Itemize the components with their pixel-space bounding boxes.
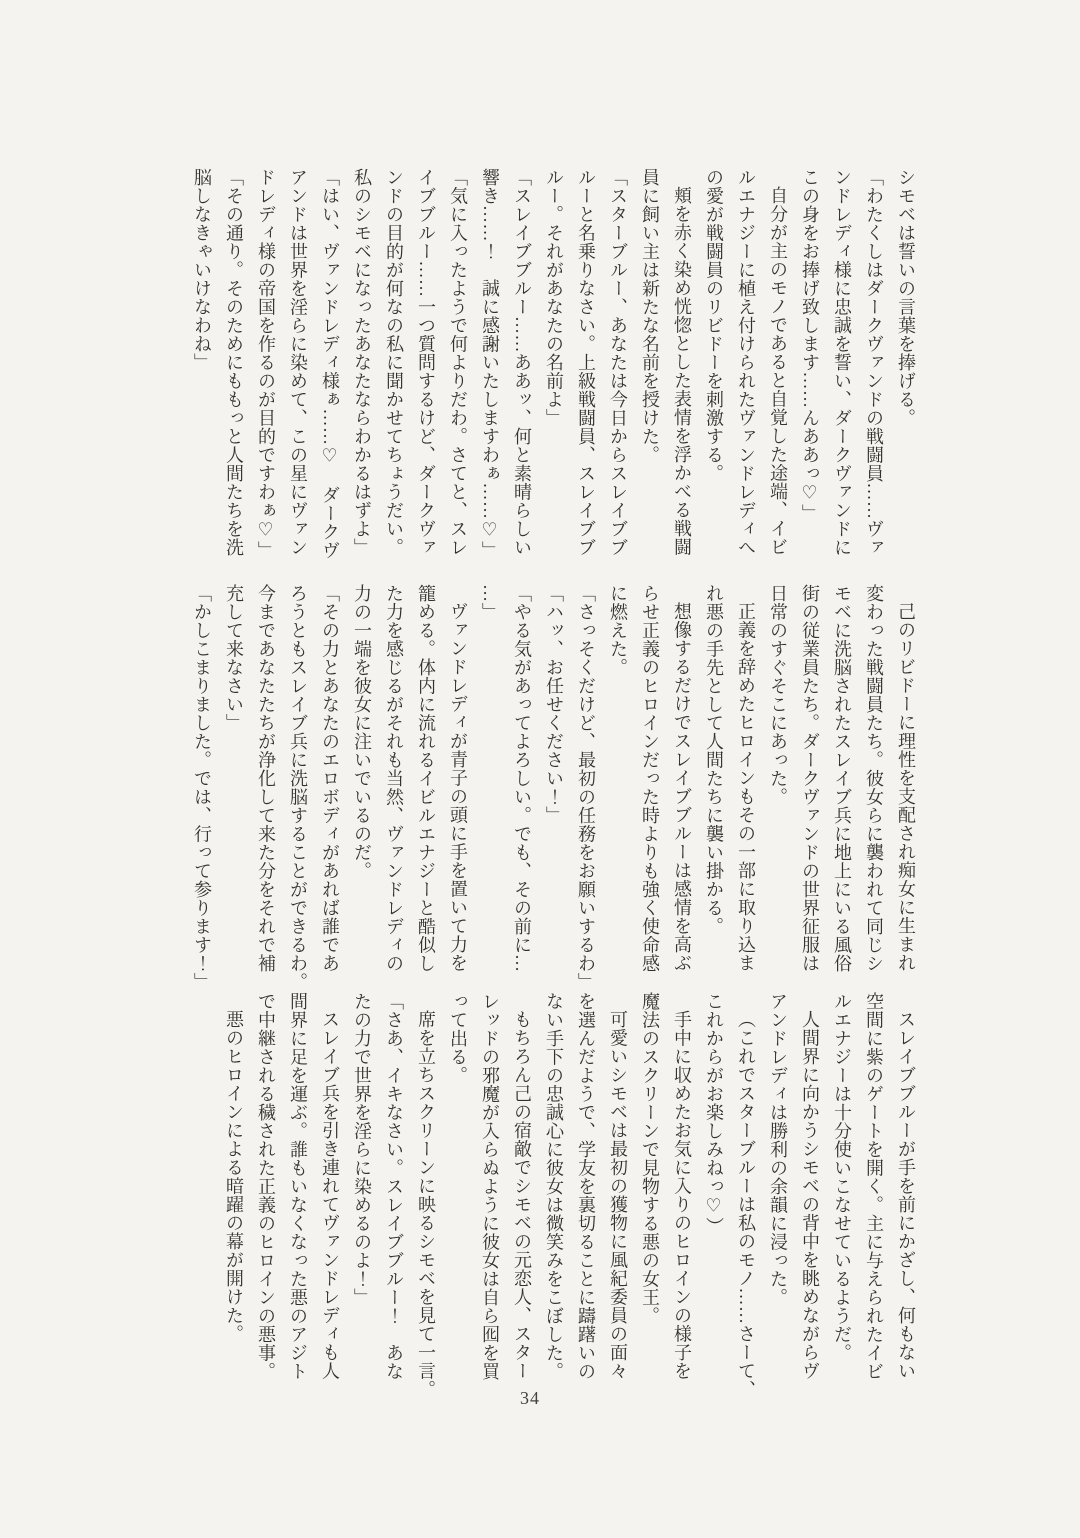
vertical-text-line: 間界に足を運ぶ。誰もいなくなった悪のアジト (282, 992, 314, 1394)
vertical-text-line: 「かしこまりました。では、行って参ります！」 (186, 584, 218, 986)
vertical-text-line: 席を立ちスクリーンに映るシモベを見て一言。 (410, 992, 442, 1394)
novel-page: シモベは誓いの言葉を捧げる。「わたくしはダークヴァンドの戦闘員……ヴァンドレディ… (0, 0, 1080, 1538)
vertical-text-line: 員に飼い主は新たな名前を授けた。 (634, 168, 666, 570)
vertical-text-line: モベに洗脳されたスレイブ兵に地上にいる風俗 (826, 584, 858, 986)
vertical-text-line: 「気に入ったようで何よりだわ。さてと、スレ (442, 168, 474, 570)
vertical-text-line: もちろん己の宿敵でシモベの元恋人、スター (506, 992, 538, 1394)
vertical-text-line: を選んだようで、学友を裏切ることに躊躇いの (570, 992, 602, 1394)
vertical-text-line: ルー。それがあなたの名前よ」 (538, 168, 570, 570)
vertical-text-line: 「はい、ヴァンドレディ様ぁ……♡ ダークヴ (314, 168, 346, 570)
vertical-text-line: 日常のすぐそこにあった。 (762, 584, 794, 986)
vertical-text-line: らせ正義のヒロインだった時よりも強く使命感 (634, 584, 666, 986)
vertical-text-line: 脳しなきゃいけなわね」 (186, 168, 218, 570)
vertical-text-line: 己のリビドーに理性を支配され痴女に生まれ (890, 584, 922, 986)
vertical-text-line: って出る。 (442, 992, 474, 1394)
vertical-text-line: の愛が戦闘員のリビドーを刺激する。 (698, 168, 730, 570)
vertical-text-line: 「その力とあなたのエロボディがあれば誰であ (314, 584, 346, 986)
vertical-text-line: 「わたくしはダークヴァンドの戦闘員……ヴァ (858, 168, 890, 570)
vertical-text-line: アンドは世界を淫らに染めて、この星にヴァン (282, 168, 314, 570)
vertical-text-line: 空間に紫のゲートを開く。主に与えられたイビ (858, 992, 890, 1394)
text-block-top: シモベは誓いの言葉を捧げる。「わたくしはダークヴァンドの戦闘員……ヴァンドレディ… (186, 168, 922, 570)
vertical-text-line: ドレディ様の帝国を作るのが目的ですわぁ♡」 (250, 168, 282, 570)
vertical-text-line: ンドレディ様に忠誠を誓い、ダークヴァンドに (826, 168, 858, 570)
vertical-text-line: で中継される穢された正義のヒロインの悪事。 (250, 992, 282, 1394)
vertical-text-line: （これでスターブルーは私のモノ……さーて、 (730, 992, 762, 1394)
vertical-text-line: 人間界に向かうシモベの背中を眺めながらヴ (794, 992, 826, 1394)
vertical-text-line: ろうともスレイブ兵に洗脳することができるわ。 (282, 584, 314, 986)
vertical-text-line: ない手下の忠誠心に彼女は微笑みをこぼした。 (538, 992, 570, 1394)
vertical-text-line: この身をお捧げ致します……んああっ♡」 (794, 168, 826, 570)
vertical-text-line: 「ハッ、お任せください！」 (538, 584, 570, 986)
vertical-text-line: た力を感じるがそれも当然、ヴァンドレディの (378, 584, 410, 986)
vertical-text-line: 「さっそくだけど、最初の任務をお願いするわ」 (570, 584, 602, 986)
vertical-text-line: 想像するだけでスレイブブルーは感情を高ぶ (666, 584, 698, 986)
vertical-text-line: 魔法のスクリーンで見物する悪の女王。 (634, 992, 666, 1394)
vertical-text-line: スレイブブルーが手を前にかざし、何もない (890, 992, 922, 1394)
vertical-text-line: ルエナジーに植え付けられたヴァンドレディへ (730, 168, 762, 570)
vertical-text-line: 悪のヒロインによる暗躍の幕が開けた。 (218, 992, 250, 1394)
vertical-text-line: 頬を赤く染め恍惚とした表情を浮かべる戦闘 (666, 168, 698, 570)
vertical-text-line: 「スターブルー、あなたは今日からスレイブブ (602, 168, 634, 570)
vertical-text-line: ルエナジーは十分使いこなせているようだ。 (826, 992, 858, 1394)
vertical-text-line: 「スレイブブルー……ああッ、何と素晴らしい (506, 168, 538, 570)
vertical-text-line: 力の一端を彼女に注いでいるのだ。 (346, 584, 378, 986)
vertical-text-line: 変わった戦闘員たち。彼女らに襲われて同じシ (858, 584, 890, 986)
vertical-text-line: …」 (474, 584, 506, 986)
vertical-text-line: シモベは誓いの言葉を捧げる。 (890, 168, 922, 570)
vertical-text-line: 可愛いシモベは最初の獲物に風紀委員の面々 (602, 992, 634, 1394)
vertical-text-line: 「さあ、イキなさい。スレイブブルー！ あな (378, 992, 410, 1394)
vertical-text-line: イブブルー……一つ質問するけど、ダークヴァ (410, 168, 442, 570)
vertical-text-line: れ悪の手先として人間たちに襲い掛かる。 (698, 584, 730, 986)
vertical-text-line: 私のシモベになったあなたならわかるはずよ」 (346, 168, 378, 570)
vertical-text-line: ヴァンドレディが青子の頭に手を置いて力を (442, 584, 474, 986)
vertical-text-line: 手中に収めたお気に入りのヒロインの様子を (666, 992, 698, 1394)
vertical-text-line: 充して来なさい」 (218, 584, 250, 986)
vertical-text-line: ンドの目的が何なの私に聞かせてちょうだい。 (378, 168, 410, 570)
vertical-text-line: スレイブ兵を引き連れてヴァンドレディも人 (314, 992, 346, 1394)
vertical-text-line: に燃えた。 (602, 584, 634, 986)
text-block-middle: 己のリビドーに理性を支配され痴女に生まれ変わった戦闘員たち。彼女らに襲われて同じ… (186, 584, 922, 986)
vertical-text-line: 今まであなたたちが浄化して来た分をそれで補 (250, 584, 282, 986)
page-number: 34 (0, 1388, 1060, 1409)
vertical-text-line: たの力で世界を淫らに染めるのよ！」 (346, 992, 378, 1394)
vertical-text-line: 自分が主のモノであると自覚した途端、イビ (762, 168, 794, 570)
vertical-text-line: 籠める。体内に流れるイビルエナジーと酷似し (410, 584, 442, 986)
vertical-text-line: これからがお楽しみねっ♡） (698, 992, 730, 1394)
vertical-text-line: レッドの邪魔が入らぬように彼女は自ら囮を買 (474, 992, 506, 1394)
vertical-text-line: 街の従業員たち。ダークヴァンドの世界征服は (794, 584, 826, 986)
vertical-text-line: ルーと名乗りなさい。上級戦闘員、スレイブブ (570, 168, 602, 570)
vertical-text-line: 「その通り。そのためにももっと人間たちを洗 (218, 168, 250, 570)
vertical-text-line: 「やる気があってよろしい。でも、その前に… (506, 584, 538, 986)
vertical-text-line: アンドレディは勝利の余韻に浸った。 (762, 992, 794, 1394)
vertical-text-line: 響き……！ 誠に感謝いたしますわぁ……♡」 (474, 168, 506, 570)
vertical-text-line: 正義を辞めたヒロインもその一部に取り込ま (730, 584, 762, 986)
text-block-bottom: スレイブブルーが手を前にかざし、何もない空間に紫のゲートを開く。主に与えられたイ… (218, 992, 922, 1394)
